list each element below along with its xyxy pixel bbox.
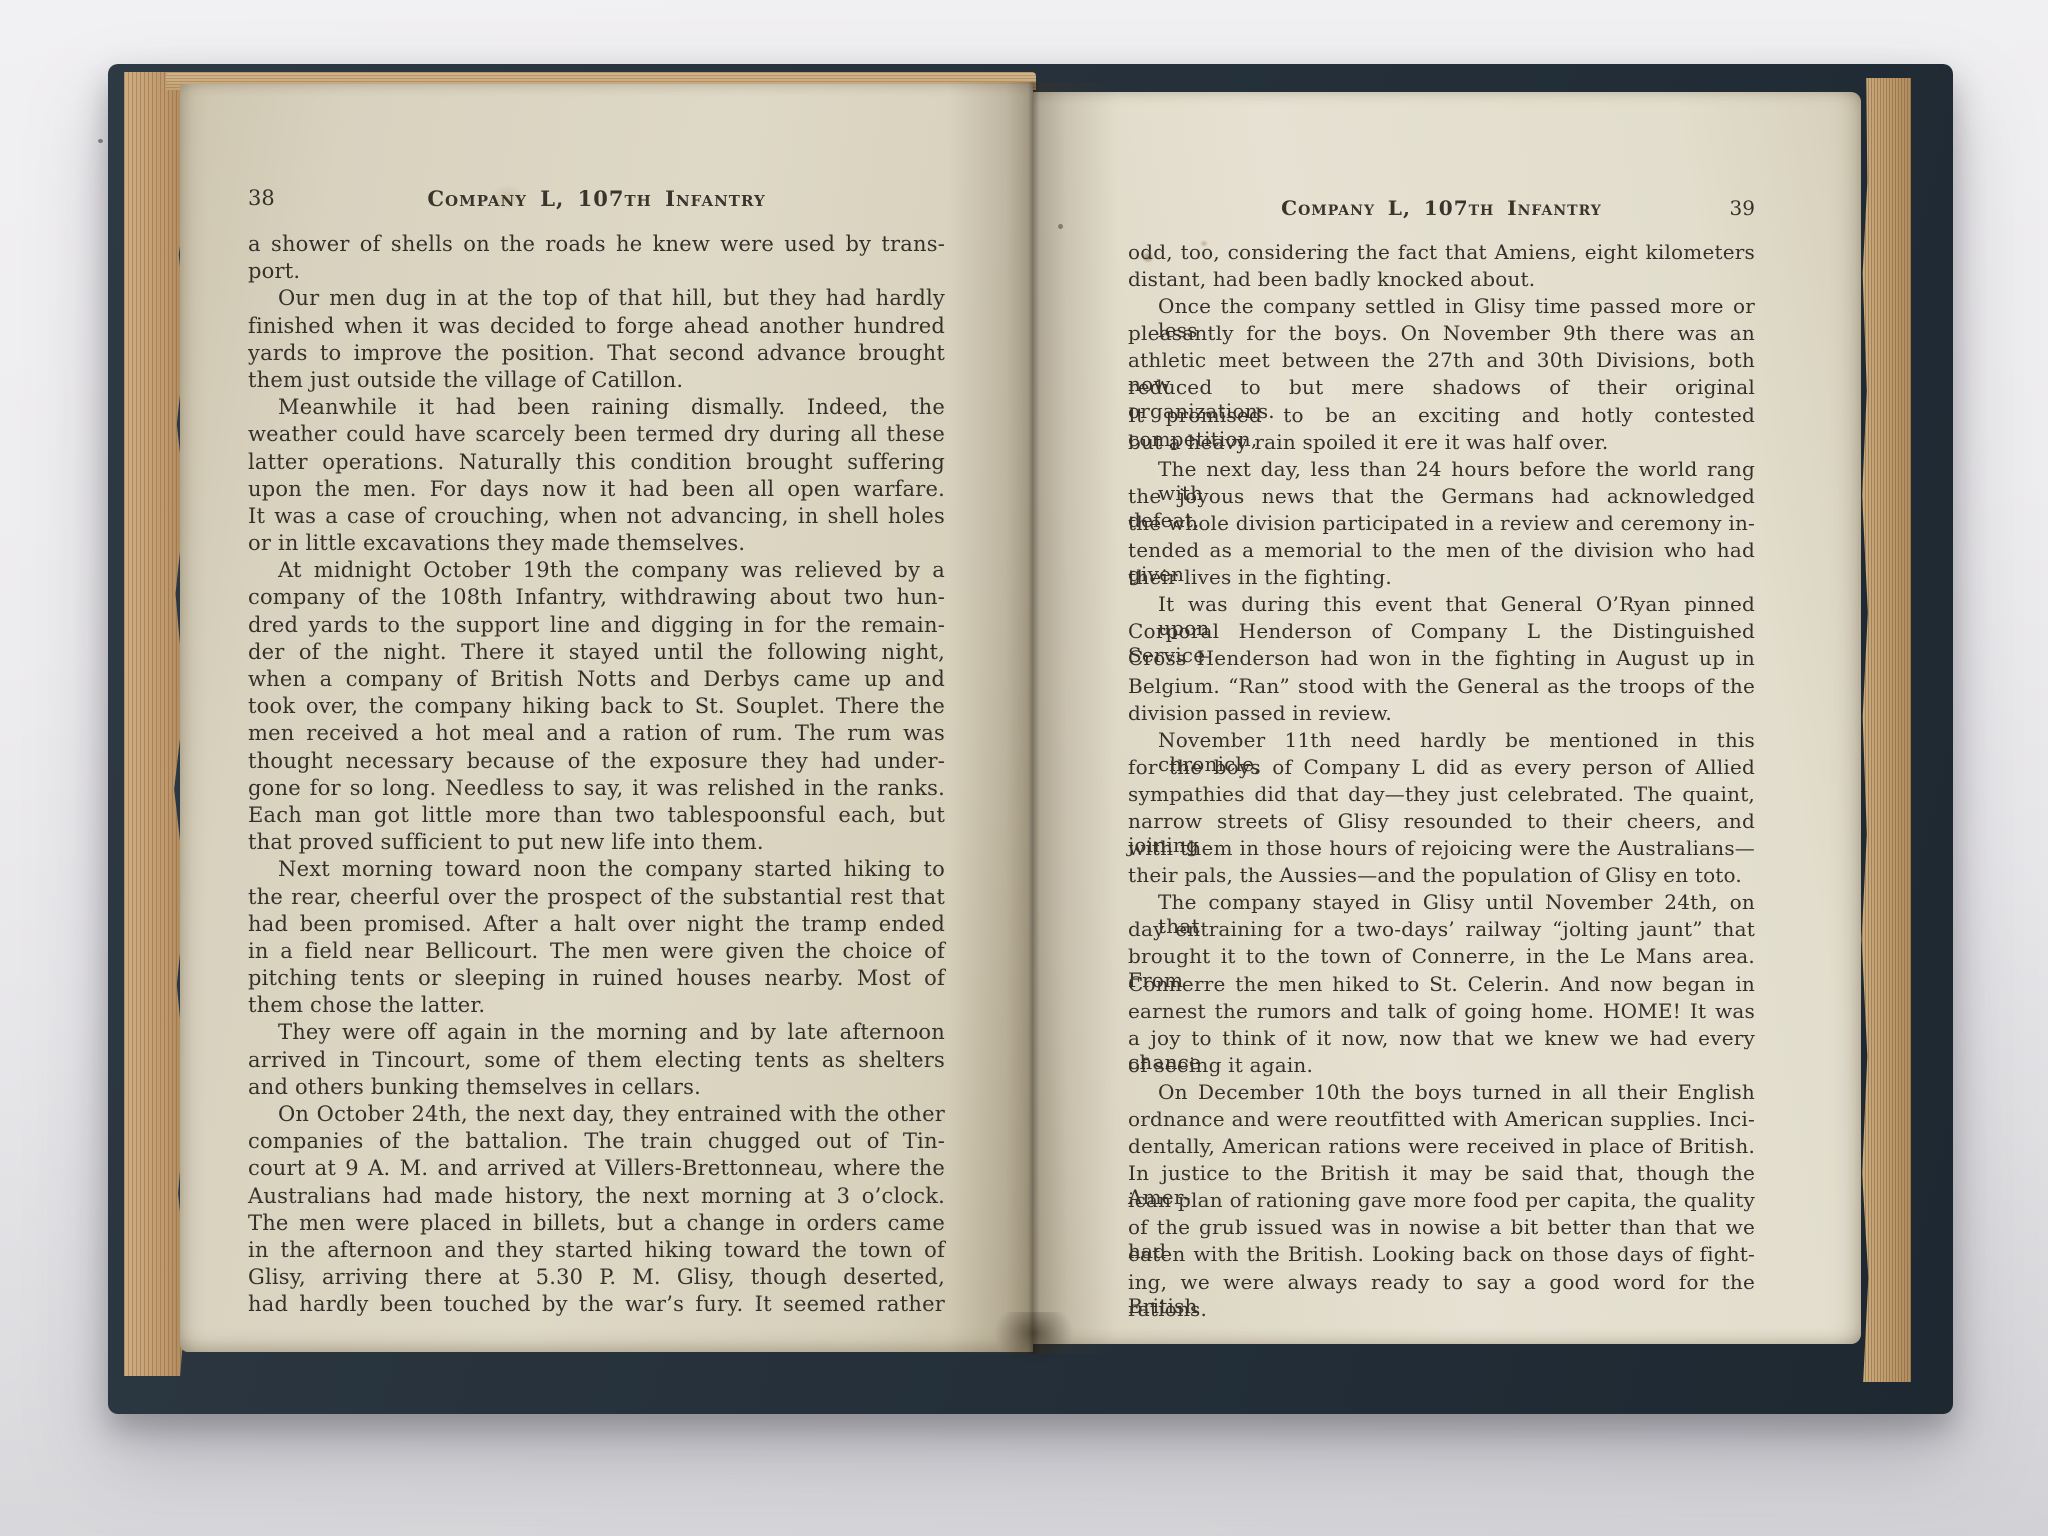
text-line: them chose the latter. bbox=[248, 993, 945, 1020]
text-line: arrived in Tincourt, some of them electi… bbox=[248, 1048, 945, 1075]
text-line: At midnight October 19th the company was… bbox=[248, 558, 945, 585]
text-line: ordnance and were reoutfitted with Ameri… bbox=[1128, 1107, 1755, 1134]
text-line: yards to improve the position. That seco… bbox=[248, 341, 945, 368]
text-line: pitching tents or sleeping in ruined hou… bbox=[248, 966, 945, 993]
text-line: court at 9 A. M. and arrived at Villers-… bbox=[248, 1156, 945, 1183]
text-line: for the boys of Company L did as every p… bbox=[1128, 755, 1755, 782]
text-line: Belgium. “Ran” stood with the General as… bbox=[1128, 674, 1755, 701]
text-line: company of the 108th Infantry, withdrawi… bbox=[248, 585, 945, 612]
text-line: odd, too, considering the fact that Amie… bbox=[1128, 240, 1755, 267]
text-line: of the grub issued was in nowise a bit b… bbox=[1128, 1215, 1755, 1242]
text-line: It promised to be an exciting and hotly … bbox=[1128, 403, 1755, 430]
text-line: earnest the rumors and talk of going hom… bbox=[1128, 999, 1755, 1026]
text-line: They were off again in the morning and b… bbox=[248, 1020, 945, 1047]
text-line: brought it to the town of Connerre, in t… bbox=[1128, 944, 1755, 971]
text-line: took over, the company hiking back to St… bbox=[248, 694, 945, 721]
page-number-left: 38 bbox=[248, 186, 275, 210]
text-line: their pals, the Aussies—and the populati… bbox=[1128, 863, 1755, 890]
text-line: thought necessary because of the exposur… bbox=[248, 749, 945, 776]
text-line: ican plan of rationing gave more food pe… bbox=[1128, 1188, 1755, 1215]
text-line: ing, we were always ready to say a good … bbox=[1128, 1270, 1755, 1297]
text-line: distant, had been badly knocked about. bbox=[1128, 267, 1755, 294]
left-page-body: a shower of shells on the roads he knew … bbox=[248, 232, 945, 1320]
text-line: companies of the battalion. The train ch… bbox=[248, 1129, 945, 1156]
text-line: in a field near Bellicourt. The men were… bbox=[248, 939, 945, 966]
text-line: Cross Henderson had won in the fighting … bbox=[1128, 646, 1755, 673]
foxing-spot bbox=[1058, 224, 1063, 229]
text-line: narrow streets of Glisy resounded to the… bbox=[1128, 809, 1755, 836]
text-line: their lives in the fighting. bbox=[1128, 565, 1755, 592]
text-line: Connerre the men hiked to St. Celerin. A… bbox=[1128, 972, 1755, 999]
text-line: sympathies did that day—they just celebr… bbox=[1128, 782, 1755, 809]
text-line: On October 24th, the next day, they entr… bbox=[248, 1102, 945, 1129]
text-line: On December 10th the boys turned in all … bbox=[1128, 1080, 1755, 1107]
text-line: division passed in review. bbox=[1128, 701, 1755, 728]
text-line: It was during this event that General O’… bbox=[1128, 592, 1755, 619]
text-line: had been promised. After a halt over nig… bbox=[248, 912, 945, 939]
running-head-left: Company L, 107th Infantry bbox=[248, 186, 945, 211]
text-line: Each man got little more than two tables… bbox=[248, 803, 945, 830]
text-line: Corporal Henderson of Company L the Dist… bbox=[1128, 619, 1755, 646]
text-line: upon the men. For days now it had been a… bbox=[248, 477, 945, 504]
text-line: Australians had made history, the next m… bbox=[248, 1184, 945, 1211]
text-line: of seeing it again. bbox=[1128, 1053, 1755, 1080]
left-page-header: 38 Company L, 107th Infantry bbox=[248, 186, 945, 214]
text-line: them just outside the village of Catillo… bbox=[248, 368, 945, 395]
text-line: dred yards to the support line and diggi… bbox=[248, 613, 945, 640]
text-line: pleasantly for the boys. On November 9th… bbox=[1128, 321, 1755, 348]
text-line: The company stayed in Glisy until Novemb… bbox=[1128, 890, 1755, 917]
text-line: or in little excavations they made thems… bbox=[248, 531, 945, 558]
text-line: rations. bbox=[1128, 1297, 1755, 1324]
right-page: Company L, 107th Infantry 39 odd, too, c… bbox=[1128, 196, 1755, 1324]
text-line: day entraining for a two-days’ railway “… bbox=[1128, 917, 1755, 944]
text-line: November 11th need hardly be mentioned i… bbox=[1128, 728, 1755, 755]
text-line: eaten with the British. Looking back on … bbox=[1128, 1242, 1755, 1269]
text-line: gone for so long. Needless to say, it wa… bbox=[248, 776, 945, 803]
text-line: men received a hot meal and a ration of … bbox=[248, 721, 945, 748]
text-line: in the afternoon and they started hiking… bbox=[248, 1238, 945, 1265]
text-line: and others bunking themselves in cellars… bbox=[248, 1075, 945, 1102]
text-line: a shower of shells on the roads he knew … bbox=[248, 232, 945, 259]
text-line: the joyous news that the Germans had ack… bbox=[1128, 484, 1755, 511]
text-line: that proved sufficient to put new life i… bbox=[248, 830, 945, 857]
text-line: tended as a memorial to the men of the d… bbox=[1128, 538, 1755, 565]
text-line: had hardly been touched by the war’s fur… bbox=[248, 1292, 945, 1319]
text-line: In justice to the British it may be said… bbox=[1128, 1161, 1755, 1188]
page-number-right: 39 bbox=[1730, 196, 1755, 220]
text-line: when a company of British Notts and Derb… bbox=[248, 667, 945, 694]
text-line: It was a case of crouching, when not adv… bbox=[248, 504, 945, 531]
page-edges-right bbox=[1859, 78, 1911, 1382]
text-line: with them in those hours of rejoicing we… bbox=[1128, 836, 1755, 863]
text-line: Glisy, arriving there at 5.30 P. M. Glis… bbox=[248, 1265, 945, 1292]
text-line: The next day, less than 24 hours before … bbox=[1128, 457, 1755, 484]
text-line: dentally, American rations were received… bbox=[1128, 1134, 1755, 1161]
book-photograph: 38 Company L, 107th Infantry a shower of… bbox=[0, 0, 2048, 1536]
running-head-right: Company L, 107th Infantry bbox=[1128, 196, 1755, 220]
text-line: the rear, cheerful over the prospect of … bbox=[248, 885, 945, 912]
text-line: port. bbox=[248, 259, 945, 286]
right-page-header: Company L, 107th Infantry 39 bbox=[1128, 196, 1755, 224]
text-line: but a heavy rain spoiled it ere it was h… bbox=[1128, 430, 1755, 457]
text-line: Meanwhile it had been raining dismally. … bbox=[248, 395, 945, 422]
background-speck bbox=[98, 139, 103, 143]
text-line: reduced to but mere shadows of their ori… bbox=[1128, 375, 1755, 402]
left-page: 38 Company L, 107th Infantry a shower of… bbox=[248, 186, 945, 1320]
text-line: a joy to think of it now, now that we kn… bbox=[1128, 1026, 1755, 1053]
open-book: 38 Company L, 107th Infantry a shower of… bbox=[108, 64, 1953, 1414]
text-line: der of the night. There it stayed until … bbox=[248, 640, 945, 667]
text-line: Next morning toward noon the company sta… bbox=[248, 857, 945, 884]
text-line: Once the company settled in Glisy time p… bbox=[1128, 294, 1755, 321]
right-page-body: odd, too, considering the fact that Amie… bbox=[1128, 240, 1755, 1324]
text-line: athletic meet between the 27th and 30th … bbox=[1128, 348, 1755, 375]
text-line: weather could have scarcely been termed … bbox=[248, 422, 945, 449]
text-line: The men were placed in billets, but a ch… bbox=[248, 1211, 945, 1238]
text-line: latter operations. Naturally this condit… bbox=[248, 450, 945, 477]
text-line: finished when it was decided to forge ah… bbox=[248, 314, 945, 341]
text-line: Our men dug in at the top of that hill, … bbox=[248, 286, 945, 313]
text-line: the whole division participated in a rev… bbox=[1128, 511, 1755, 538]
